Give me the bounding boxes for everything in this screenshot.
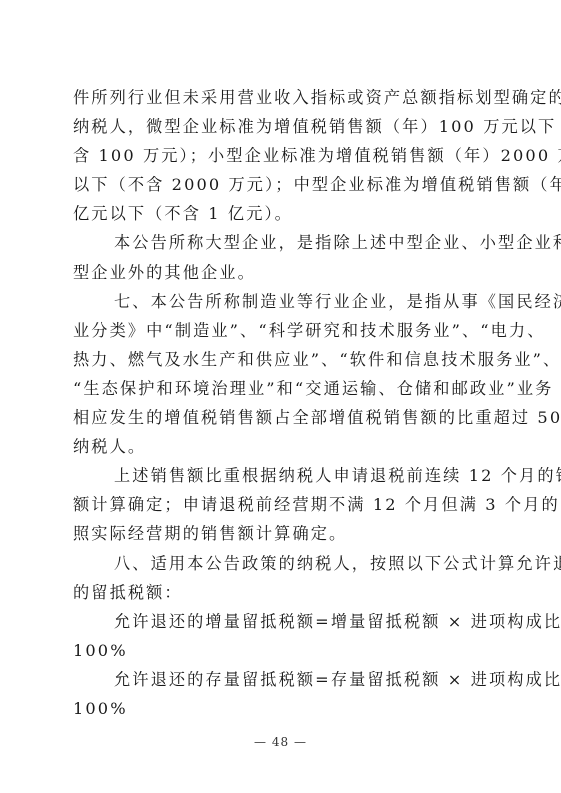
text-line: 业分类》中“制造业”、“科学研究和技术服务业”、“电力、 (73, 316, 489, 345)
text-line: 允许退还的存量留抵税额=存量留抵税额 × 进项构成比例 × (73, 665, 489, 694)
text-line: 的留抵税额： (73, 578, 489, 607)
text-line: 上述销售额比重根据纳税人申请退税前连续 12 个月的销售 (73, 461, 489, 490)
text-line: 件所列行业但未采用营业收入指标或资产总额指标划型确定的 (73, 83, 489, 112)
body-text: 件所列行业但未采用营业收入指标或资产总额指标划型确定的 纳税人，微型企业标准为增… (73, 83, 489, 723)
text-line: 亿元以下（不含 1 亿元）。 (73, 199, 489, 228)
text-line: 热力、燃气及水生产和供应业”、“软件和信息技术服务业”、 (73, 345, 489, 374)
text-line: 100% (73, 636, 489, 665)
text-line: 纳税人，微型企业标准为增值税销售额（年）100 万元以下（不 (73, 112, 489, 141)
text-line: 含 100 万元）；小型企业标准为增值税销售额（年）2000 万元 (73, 141, 489, 170)
text-line: 100% (73, 694, 489, 723)
text-line: 以下（不含 2000 万元）；中型企业标准为增值税销售额（年）1 (73, 170, 489, 199)
text-line: 相应发生的增值税销售额占全部增值税销售额的比重超过 50%的 (73, 403, 489, 432)
text-line: 八、适用本公告政策的纳税人，按照以下公式计算允许退还 (73, 549, 489, 578)
text-line: 纳税人。 (73, 432, 489, 461)
text-line: 允许退还的增量留抵税额=增量留抵税额 × 进项构成比例 × (73, 607, 489, 636)
document-page: 件所列行业但未采用营业收入指标或资产总额指标划型确定的 纳税人，微型企业标准为增… (0, 0, 561, 793)
text-line: 照实际经营期的销售额计算确定。 (73, 519, 489, 548)
text-line: 本公告所称大型企业，是指除上述中型企业、小型企业和微 (73, 228, 489, 257)
text-line: “生态保护和环境治理业”和“交通运输、仓储和邮政业”业务 (73, 374, 489, 403)
page-number: — 48 — (0, 735, 561, 749)
text-line: 七、本公告所称制造业等行业企业，是指从事《国民经济行 (73, 287, 489, 316)
text-line: 型企业外的其他企业。 (73, 258, 489, 287)
text-line: 额计算确定；申请退税前经营期不满 12 个月但满 3 个月的，按 (73, 490, 489, 519)
